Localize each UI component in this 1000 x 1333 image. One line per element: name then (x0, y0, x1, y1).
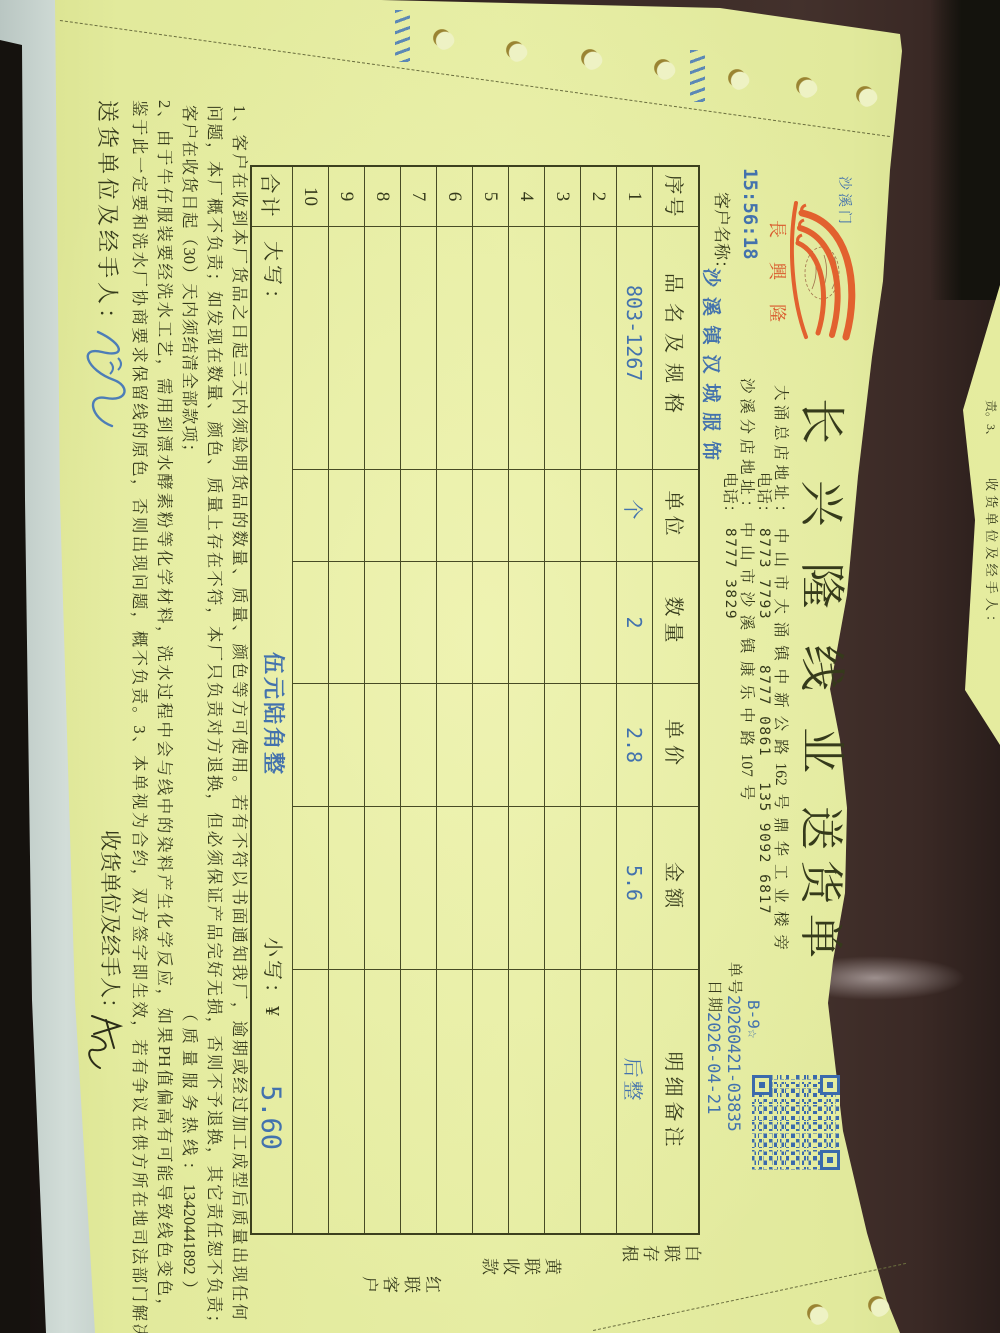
quality-hotline: （质量服务热线：13420441892） (177, 1005, 197, 1297)
row-qty (437, 562, 472, 684)
row-item (509, 227, 544, 470)
total-lower-label: 小写：¥ (262, 937, 282, 1019)
table-row: 9 (328, 167, 364, 1233)
date-label: 日期 (706, 980, 721, 1012)
row-unit (293, 470, 328, 562)
row-qty (545, 562, 580, 684)
row-price (293, 684, 328, 807)
print-time: 15:56:18 (740, 168, 759, 260)
row-price (581, 684, 616, 807)
row-unit (437, 470, 472, 562)
row-unit (365, 470, 400, 562)
table-row: 6 (436, 167, 472, 1233)
row-no: 10 (293, 167, 328, 227)
hq-phone-1: 8773 7793 (757, 528, 772, 620)
row-price (509, 684, 544, 807)
row-price (473, 684, 508, 807)
row-no: 9 (329, 167, 364, 227)
table-header-row: 序号 品名及规格 单位 数量 单价 金额 明细备注 (652, 167, 698, 1233)
hq-phone-2: 8777 0861 (757, 665, 772, 757)
row-amount (473, 807, 508, 970)
copy-label-red: 红联客户 (358, 1274, 442, 1291)
hq-phone-3: 135 9092 6817 (757, 782, 772, 915)
row-price (365, 684, 400, 807)
sender-signature-label: 送货单位及经手人： (96, 100, 118, 330)
logo-text: 長興隆 (768, 220, 786, 322)
total-cell: 大写： 伍元陆角整 小写：¥ 5.60 (252, 227, 292, 1233)
row-amount: 5.6 (617, 807, 652, 970)
header-price: 单价 (653, 684, 698, 807)
row-qty (293, 562, 328, 684)
row-item (293, 227, 328, 470)
row-unit (509, 470, 544, 562)
row-qty (365, 562, 400, 684)
row-amount (401, 807, 436, 970)
row-price (437, 684, 472, 807)
receiver-signature-scribble-icon (84, 1010, 126, 1076)
row-note (401, 970, 436, 1233)
row-no: 2 (581, 167, 616, 227)
row-qty (509, 562, 544, 684)
row-amount (293, 807, 328, 970)
row-unit (473, 470, 508, 562)
branch-phone-label: 电话： (722, 472, 738, 520)
row-amount (509, 807, 544, 970)
row-no: 6 (437, 167, 472, 227)
row-item (545, 227, 580, 470)
terms-line-2: 问题，本厂概不负责；如发现在数量、颜色、质量上存在不符，本厂只负责对方退换，但必… (202, 105, 222, 1331)
row-no: 1 (617, 167, 652, 227)
row-qty: 2 (617, 562, 652, 684)
row-no: 3 (545, 167, 580, 227)
row-qty (581, 562, 616, 684)
header-no: 序号 (653, 167, 698, 227)
row-amount (365, 807, 400, 970)
total-lower-value: 5.60 (257, 1085, 284, 1150)
row-unit (581, 470, 616, 562)
row-note (545, 970, 580, 1233)
row-note (509, 970, 544, 1233)
qr-code-icon (752, 1075, 840, 1170)
row-amount (329, 807, 364, 970)
row-item (473, 227, 508, 470)
branch-address: 中山市沙溪镇康乐中路107号 (739, 522, 755, 800)
row-no: 5 (473, 167, 508, 227)
fragment-signature-label: 收货单位及经手人： (985, 478, 998, 628)
row-amount (437, 807, 472, 970)
header-qty: 数量 (653, 562, 698, 684)
terms-line-1: 1、客户在收到本厂货品之日起三天内须验明货品的数量、质量、颜色等方可使用。若有不… (227, 105, 247, 1320)
row-item (581, 227, 616, 470)
row-unit: 个 (617, 470, 652, 562)
copy-label-white: 白联存根 (618, 1243, 702, 1260)
row-no: 7 (401, 167, 436, 227)
total-label: 合计 (252, 167, 292, 227)
table-row: 7 (400, 167, 436, 1233)
table-row: 3 (544, 167, 580, 1233)
order-date: 2026-04-21 (704, 1012, 721, 1114)
total-upper-label: 大写： (262, 241, 282, 313)
table-total-row: 合计 大写： 伍元陆角整 小写：¥ 5.60 (252, 167, 292, 1233)
row-price (329, 684, 364, 807)
row-price: 2.8 (617, 684, 652, 807)
branch-address-label: 沙溪分店地址： (739, 378, 755, 515)
order-no: 20260421-03835 (724, 995, 741, 1131)
items-table: 序号 品名及规格 单位 数量 单价 金额 明细备注 1 803-1267 个 2… (250, 165, 700, 1235)
sender-signature-scribble-icon (76, 328, 138, 433)
row-item (401, 227, 436, 470)
table-row: 2 (580, 167, 616, 1233)
hq-phone-label: 电话： (756, 472, 772, 520)
header-unit: 单位 (653, 470, 698, 562)
row-qty (401, 562, 436, 684)
header-amount: 金额 (653, 807, 698, 970)
table-row: 4 (508, 167, 544, 1233)
table-row: 5 (472, 167, 508, 1233)
company-name: 长兴隆线业 (798, 398, 844, 773)
company-logo-icon (790, 195, 864, 345)
branch-phone: 8777 3829 (723, 528, 738, 620)
customer-name: 沙溪镇汉城服饰 (701, 268, 720, 460)
customer-label: 客户名称： (713, 192, 730, 268)
row-price (545, 684, 580, 807)
table-row: 8 (364, 167, 400, 1233)
row-amount (581, 807, 616, 970)
copy-label-yellow: 黄联收款 (478, 1256, 562, 1273)
terms-line-5: 鉴于此一定要和洗水厂协商要求保留线的原色，否则出现问题，概不负责。3、本单视为合… (127, 100, 147, 1333)
terms-line-4: 2、由于牛仔服装要经洗水工艺，需用到漂水酵素粉等化学材料，洗水过程中会与线中的染… (152, 100, 172, 1315)
row-no: 4 (509, 167, 544, 227)
qr-finder-icon (820, 1150, 840, 1170)
row-price (401, 684, 436, 807)
receiver-signature-label: 收货单位及经手人： (99, 830, 120, 1006)
terms-line-3: 客户在收货日起（30）天内须结清全部款项； (177, 105, 197, 460)
header-note: 明细备注 (653, 970, 698, 1233)
hq-address: 中山市大涌镇中新公路162号鼎华工业楼旁 (773, 528, 789, 950)
row-item (365, 227, 400, 470)
row-note (437, 970, 472, 1233)
row-amount (545, 807, 580, 970)
row-item (329, 227, 364, 470)
row-note (329, 970, 364, 1233)
header-item: 品名及规格 (653, 227, 698, 470)
row-unit (545, 470, 580, 562)
row-note (365, 970, 400, 1233)
row-item: 803-1267 (617, 227, 652, 470)
row-note (581, 970, 616, 1233)
batch-code: B-9☆ (745, 1000, 761, 1039)
qr-finder-icon (752, 1075, 772, 1095)
order-no-label: 单号 (726, 962, 741, 994)
row-note: 后整 (617, 970, 652, 1233)
qr-finder-icon (820, 1075, 840, 1095)
fragment-text: 责。3、 (985, 400, 997, 442)
table-row: 1 803-1267 个 2 2.8 5.6 后整 (616, 167, 652, 1233)
row-unit (329, 470, 364, 562)
row-unit (401, 470, 436, 562)
table-row: 10 (292, 167, 328, 1233)
row-item (437, 227, 472, 470)
row-qty (329, 562, 364, 684)
hq-address-label: 大涌总店地址： (773, 385, 789, 520)
document-title: 送货单 (798, 806, 842, 958)
row-qty (473, 562, 508, 684)
row-note (293, 970, 328, 1233)
delivery-note: 责。3、 收货单位及经手人： 沙溪门 長興隆 15:56:18 长兴隆线业 送货… (0, 0, 1000, 1333)
row-note (473, 970, 508, 1233)
row-no: 8 (365, 167, 400, 227)
total-upper-value: 伍元陆角整 (262, 652, 284, 777)
